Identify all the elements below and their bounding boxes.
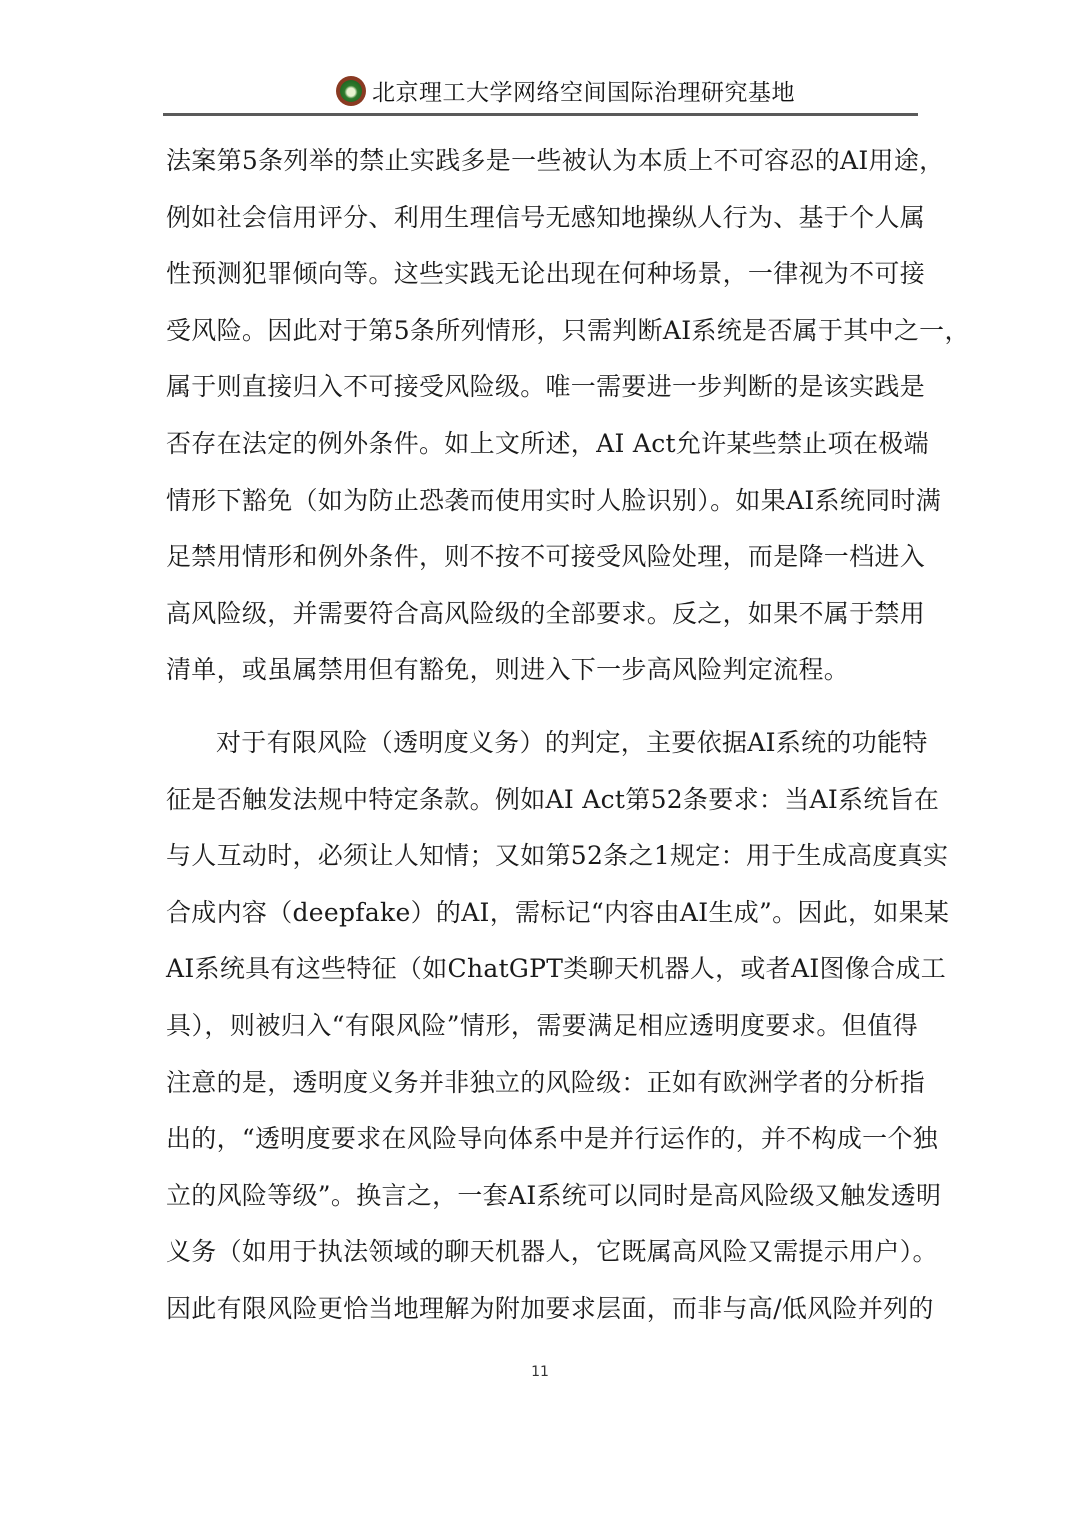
text-line: 与人互动时，必须让人知情；又如第52条之1规定：用于生成高度真实 — [166, 828, 918, 885]
text-line: AI系统具有这些特征（如ChatGPT类聊天机器人，或者AI图像合成工 — [166, 941, 918, 998]
header-divider — [163, 113, 918, 116]
paragraph-1: 法案第5条列举的禁止实践多是一些被认为本质上不可容忍的AI用途， 例如社会信用评… — [166, 133, 918, 699]
text-line: 合成内容（deepfake）的AI，需标记“内容由AI生成”。因此，如果某 — [166, 885, 918, 942]
text-line: 具），则被归入“有限风险”情形，需要满足相应透明度要求。但值得 — [166, 998, 918, 1055]
text-line: 义务（如用于执法领域的聊天机器人，它既属高风险又需提示用户）。 — [166, 1224, 918, 1281]
text-line: 高风险级，并需要符合高风险级的全部要求。反之，如果不属于禁用 — [166, 586, 918, 643]
text-line: 情形下豁免（如为防止恐袭而使用实时人脸识别）。如果AI系统同时满 — [166, 473, 918, 530]
text-line: 对于有限风险（透明度义务）的判定，主要依据AI系统的功能特 — [166, 715, 918, 772]
paragraph-spacer — [166, 699, 918, 715]
text-line: 因此有限风险更恰当地理解为附加要求层面，而非与高/低风险并列的 — [166, 1281, 918, 1338]
header-title: 北京理工大学网络空间国际治理研究基地 — [372, 74, 795, 107]
text-line: 清单，或虽属禁用但有豁免，则进入下一步高风险判定流程。 — [166, 642, 918, 699]
text-line: 例如社会信用评分、利用生理信号无感知地操纵人行为、基于个人属 — [166, 190, 918, 247]
text-line: 足禁用情形和例外条件，则不按不可接受风险处理，而是降一档进入 — [166, 529, 918, 586]
document-body: 法案第5条列举的禁止实践多是一些被认为本质上不可容忍的AI用途， 例如社会信用评… — [166, 133, 918, 1337]
text-line: 征是否触发法规中特定条款。例如AI Act第52条要求：当AI系统旨在 — [166, 772, 918, 829]
text-line: 否存在法定的例外条件。如上文所述，AI Act允许某些禁止项在极端 — [166, 416, 918, 473]
text-line: 受风险。因此对于第5条所列情形，只需判断AI系统是否属于其中之一， — [166, 303, 918, 360]
text-line: 属于则直接归入不可接受风险级。唯一需要进一步判断的是该实践是 — [166, 359, 918, 416]
text-line: 注意的是，透明度义务并非独立的风险级：正如有欧洲学者的分析指 — [166, 1055, 918, 1112]
text-line: 立的风险等级”。换言之，一套AI系统可以同时是高风险级又触发透明 — [166, 1168, 918, 1225]
text-line: 性预测犯罪倾向等。这些实践无论出现在何种场景，一律视为不可接 — [166, 246, 918, 303]
university-seal-icon — [336, 76, 366, 106]
text-line: 出的，“透明度要求在风险导向体系中是并行运作的，并不构成一个独 — [166, 1111, 918, 1168]
paragraph-2: 对于有限风险（透明度义务）的判定，主要依据AI系统的功能特 征是否触发法规中特定… — [166, 715, 918, 1338]
header-branding: 北京理工大学网络空间国际治理研究基地 — [336, 74, 795, 107]
text-line: 法案第5条列举的禁止实践多是一些被认为本质上不可容忍的AI用途， — [166, 133, 918, 190]
page-header: 北京理工大学网络空间国际治理研究基地 — [163, 70, 918, 116]
page-number: 11 — [0, 1364, 1080, 1380]
